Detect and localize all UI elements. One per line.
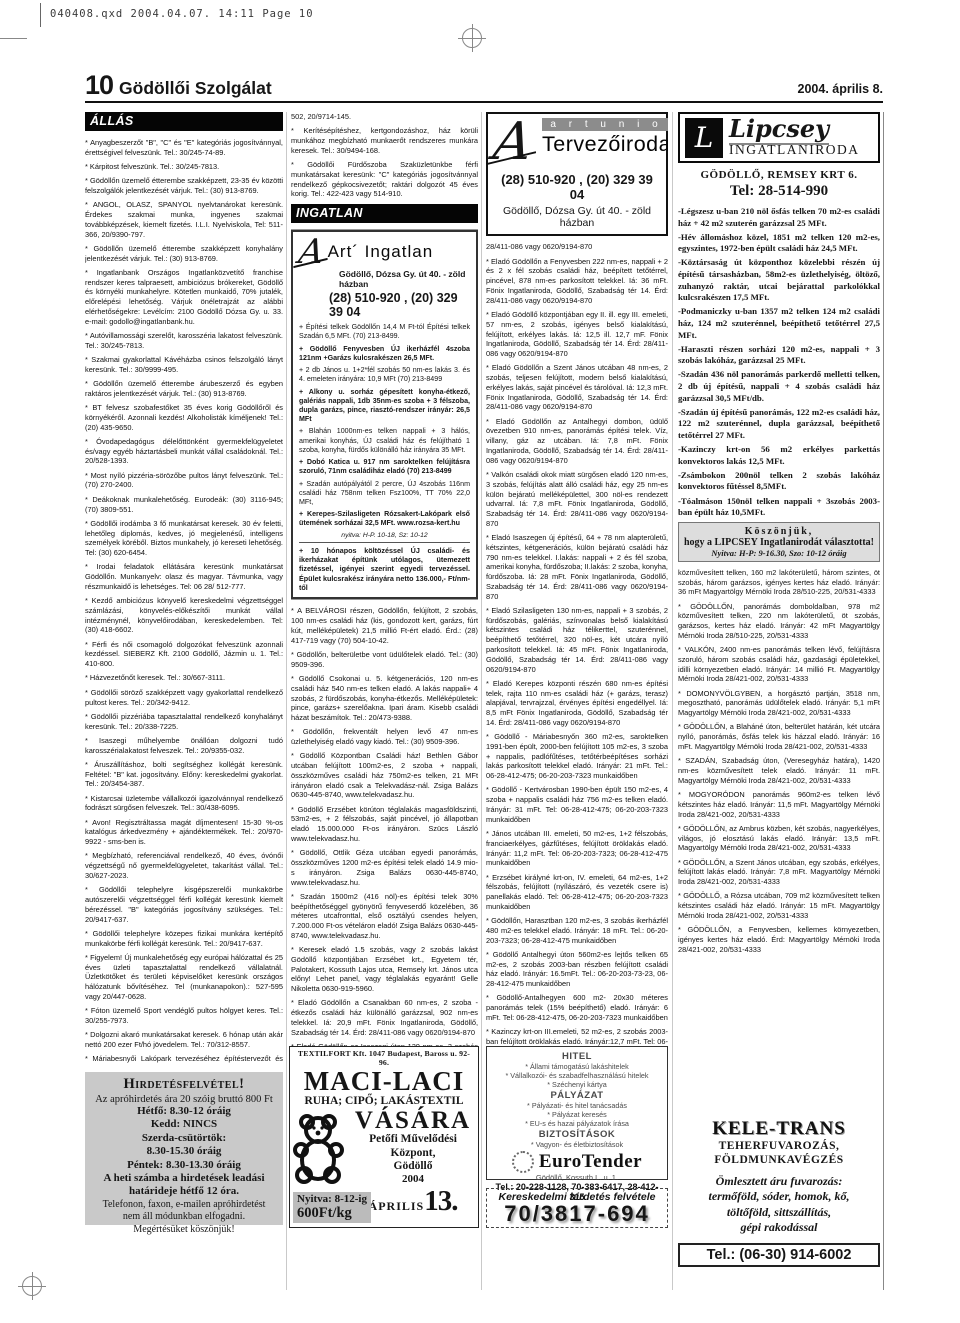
art-ingatlan-listings: + Építési telkek Gödöllőn 14,4 M Ft-tól … <box>299 323 470 528</box>
art-ingatlan-footer: + 10 hónapos költözéssel ÚJ családi- és … <box>299 546 470 593</box>
art-ingatlan-logo-icon: A <box>297 237 326 268</box>
art-listing: + Szadán autópályától 2 percre, ÚJ 4szob… <box>299 480 470 508</box>
classified-ad: * Gödöllői Fürdőszoba Szaküzletünkbe fér… <box>291 160 478 199</box>
maci-vasara: VÁSÁRA <box>351 1108 475 1133</box>
eurotender-hitel-heading: HITEL <box>489 1051 665 1062</box>
classified-ad: * GÖDÖLLŐN, a Blaháné úton, belterület h… <box>678 722 880 751</box>
lipcsey-listing: -Podmaniczky u-ban 1357 m2 telken 124 m2… <box>678 306 880 341</box>
palyazat-items: * Pályázati- és hitel tanácsadás* Pályáz… <box>489 1101 665 1128</box>
page-number: 10 <box>85 70 113 101</box>
ad-continuation: 502, 20/9714-145. <box>291 112 478 122</box>
classified-ad: * Férfi és női csomagoló dolgozókat felv… <box>85 640 283 669</box>
hitel-item: * Állami támogatású lakáshitelek <box>489 1062 665 1071</box>
print-slug: 040408.qxd 2004.04.07. 14:11 Page 10 <box>50 8 314 20</box>
column-four: L Lipcsey INGATLANIRODA GÖDÖLLŐ, REMSEY … <box>678 112 880 1112</box>
classified-ad: * ANGOL, OLASZ, SPANYOL nyelvtanárokat k… <box>85 200 283 239</box>
ad-continuation: 28/411-086 vagy 0620/9194-870 <box>486 242 668 252</box>
lipcsey-listing: -Köztársaság út központhoz közelebbi rés… <box>678 257 880 303</box>
ad-submission-title: Hirdetésfelvétel! <box>87 1076 281 1093</box>
classified-ad: * János utcában III. emeleti, 50 m2-es, … <box>486 829 668 868</box>
classified-ad: * Gödöllőn, Harasztban 120 m2-es, 3 szob… <box>486 916 668 945</box>
art-listing: + Alkony u. sorház gépesített konyha-étk… <box>299 388 470 425</box>
classified-ad: * Megbízható, referenciával rendelkező, … <box>85 851 283 880</box>
eurotender-palyazat-heading: PÁLYÁZAT <box>489 1090 665 1101</box>
classified-ad: * GÖDÖLLŐ, a Rózsa utcában, 709 m2 közmű… <box>678 891 880 920</box>
classified-ad: * Avon! Regisztráltassa magát díjmentese… <box>85 818 283 847</box>
kele-trans-line3: töltőföld, sittszállítás, <box>678 1205 880 1221</box>
artunio-brand: a r t u n i o <box>542 118 668 131</box>
ad-hours-list: Hétfő: 8.30-12 óráigKedd: NINCSSzerda-cs… <box>87 1105 281 1199</box>
classified-ad: * Szadán 1500m2 (416 nöl)-es építési tel… <box>291 892 478 941</box>
kele-trans-sub2: FÖLDMUNKAVÉGZÉS <box>678 1154 880 1168</box>
column-three: A a r t u n i o Tervezőiroda (28) 510-92… <box>486 112 668 1046</box>
ad-hours-line: 8.30-15.30 óráig <box>87 1145 281 1158</box>
classified-ad: * Gödöllő Antalhegyi úton 560m2-es lejtő… <box>486 950 668 989</box>
section-header-allas: ÁLLÁS <box>85 112 283 131</box>
kele-trans-line4: gépi rakodással <box>678 1220 880 1236</box>
column-jobs: ÁLLÁS * Anyagbeszerzőt "B", "C" és "E" k… <box>85 112 283 1064</box>
classified-ad: * Kezdő ambiciózus könyvelő kereskedelmi… <box>85 596 283 635</box>
classified-ad: * A BELVÁROSI részen, Gödöllőn, felújíto… <box>291 606 478 645</box>
classified-ad: * Gödöllői telephelyre közepes fizikai m… <box>85 929 283 949</box>
kele-trans-title: KELE-TRANS <box>678 1118 880 1140</box>
tervezoiroda-ad: A a r t u n i o Tervezőiroda (28) 510-92… <box>486 112 668 236</box>
classified-ad: * Figyelem! Új munkalehetőség egy európa… <box>85 953 283 1002</box>
classified-ad: * GÖDÖLLŐN, az Ambrus közben, két szobás… <box>678 824 880 853</box>
classified-ad: * Gödöllő Központban Családi ház! Bethle… <box>291 751 478 800</box>
palyazat-item: * Pályázat keresés <box>489 1110 665 1119</box>
classified-ad: * Eladó Gödöllőn a Csanakban 60 nm-es, 2… <box>291 998 478 1037</box>
ad-submission-info-box: Hirdetésfelvétel! Az apróhirdetés ára 20… <box>85 1072 283 1225</box>
classified-ad: * GÖDÖLLŐN, a Fenyvesben, kellemes körny… <box>678 925 880 954</box>
classified-ad: * Gödöllői pizzériába tapasztalattal ren… <box>85 712 283 732</box>
eurotender-address: Gödöllő, Kossuth L. u. 1. <box>489 1173 665 1182</box>
classified-ad: * Kerítésépítéshez, kertgondozáshoz, ház… <box>291 126 478 155</box>
eurotender-biztositasok-heading: BIZTOSÍTÁSOK <box>489 1129 665 1140</box>
crop-mark-horizontal <box>0 38 27 39</box>
classified-ad: * Házvezetőnőt keresek. Tel.: 30/667-311… <box>85 673 283 683</box>
page-date: 2004. április 8. <box>798 82 883 96</box>
classified-ad: * Gödöllő-Antalhegyen 600 m2- 20x30 méte… <box>486 993 668 1022</box>
classified-ad: * Áruszállításhoz, bolti segítséghez kol… <box>85 760 283 789</box>
art-ingatlan-address: Gödöllő, Dózsa Gy. út 40. - zöld házban <box>339 269 470 289</box>
maci-laci-ad: TEXTILFORT Kft. 1047 Budapest, Baross u.… <box>289 1046 479 1228</box>
classified-ad: * Eladó Kerepes központi részén 680 nm-e… <box>486 679 668 728</box>
classified-ad: * Gödöllő Csokonai u. 5. kétgenerációs, … <box>291 674 478 723</box>
classified-ad: * Irodai feladatok ellátására keresünk m… <box>85 562 283 591</box>
page-edge-rule <box>883 112 884 1290</box>
art-ingatlan-name: Art´ Ingatlan <box>328 242 434 262</box>
classified-ad: * Gödöllőn üzemelő étterembe szakképzett… <box>85 244 283 264</box>
crop-mark-vertical <box>40 3 41 27</box>
ad-note-line: nem áll módunkban elfogadni. <box>87 1211 281 1224</box>
realestate-ad-list-4: * GÖDÖLLŐN, panorámás domboldalban, 978 … <box>678 602 880 955</box>
classified-ad: * Deákoknak munkalehetőség. Eurodeák: (3… <box>85 495 283 515</box>
classified-ad: * BT felvesz szobafestőket 35 éves korig… <box>85 403 283 432</box>
hitel-items: * Állami támogatású lakáshitelek* Vállal… <box>489 1062 665 1089</box>
eurotender-ad: HITEL * Állami támogatású lakáshitelek* … <box>486 1046 668 1180</box>
classified-ad: * Most nyíló pizzéria-sörözőbe pultos lá… <box>85 471 283 491</box>
art-listing: + Dobó Katica u. 917 nm saroktelken felú… <box>299 458 470 476</box>
art-listing: + 2 db János u. 1+2*fél szobás 50 nm-es … <box>299 366 470 384</box>
art-listing: + Blahán 1000nm-es telken nappali + 3 há… <box>299 427 470 455</box>
classified-ad: * Erzsébet királyné krt-on, IV. emeleti,… <box>486 873 668 912</box>
commercial-ad-phone-box: Kereskedelmi hirdetés felvétele 70/3817-… <box>486 1188 668 1228</box>
kele-trans-sub1: TEHERFUVAROZÁS, <box>678 1140 880 1154</box>
biztositas-items: * Vagyon- és életbiztosítások <box>489 1140 665 1149</box>
jobs-ad-list: * Anyagbeszerzőt "B", "C" és "E" kategór… <box>85 138 283 1064</box>
eu-stars-icon <box>512 1151 534 1173</box>
lipcsey-address: GÖDÖLLŐ, REMSEY KRT 6. <box>678 169 880 181</box>
lipcsey-office-name: INGATLANIRODA <box>729 142 860 158</box>
kele-trans-ad: KELE-TRANS TEHERFUVAROZÁS, FÖLDMUNKAVÉGZ… <box>678 1118 880 1267</box>
column-rule <box>481 112 482 1290</box>
maci-open-price-box: Nyitva: 8-12-ig 600Ft/kg <box>293 1192 371 1223</box>
classified-ad: * Gödöllői telephelyre kisgépszerelői mu… <box>85 885 283 924</box>
maci-place-1: Petőfi Művelődési <box>351 1133 475 1146</box>
artunio-logo-icon: A <box>491 118 542 167</box>
kele-trans-line2: termőföld, sóder, homok, kő, <box>678 1189 880 1205</box>
classified-ad: * Gödöllő Erzsébet körúton téglalakás ma… <box>291 805 478 844</box>
classified-ad: * Gödöllőn, belterületbe vont üdülőtelek… <box>291 650 478 670</box>
realestate-ad-list-3: * Eladó Gödöllőn a Fenyvesben 222 nm-es,… <box>486 257 668 1046</box>
maci-year: 2004 <box>351 1173 475 1185</box>
ad-hours-line: Hétfő: 8.30-12 óráig <box>87 1105 281 1118</box>
classified-ad: * MOGYORÓDON panorámás 960m2-es telken l… <box>678 790 880 819</box>
classified-ad: * Máriabesnyői Lakópark tervezéséhez épí… <box>85 1054 283 1064</box>
lipcsey-listings: -Légszesz u-ban 210 nöl ősfás telken 70 … <box>678 206 880 519</box>
classified-ad: * Gödöllői irodámba 3 fő munkatársat ker… <box>85 519 283 558</box>
palyazat-item: * Pályázati- és hitel tanácsadás <box>489 1101 665 1110</box>
classified-ad: * Gödöllő - Máriabesnyőn 360 m2-es, saro… <box>486 732 668 781</box>
classified-ad: * Autóvillamossági szerelőt, karosszéria… <box>85 331 283 351</box>
classified-ad: * Valkón családi okok miatt sürgősen ela… <box>486 470 668 529</box>
ad-note-list: Telefonon, faxon, e-mailen apróhirdetést… <box>87 1199 281 1237</box>
maci-price: 600Ft/kg <box>297 1205 367 1222</box>
lipcsey-script-name: Lipcsey <box>729 114 829 145</box>
jobs-ad-list-2: * Kerítésépítéshez, kertgondozáshoz, ház… <box>291 126 478 199</box>
column-rule <box>672 112 673 1290</box>
classified-ad: * Eladó Isaszegen új építésű, 64 + 78 nm… <box>486 533 668 601</box>
classified-ad: * Fóton üzemelő Sport vendéglő pultos hö… <box>85 1006 283 1026</box>
classified-ad: * Eladó Gödöllőn az Antalhegyi dombon, ü… <box>486 417 668 466</box>
classified-ad: * Kárpitost felveszünk. Tel.: 30/245-781… <box>85 162 283 172</box>
header-rule <box>85 101 883 103</box>
maci-company-line: TEXTILFORT Kft. 1047 Budapest, Baross u.… <box>293 1049 475 1067</box>
classified-ad: * Szakmai gyakorlattal Kávéházba csinos … <box>85 355 283 375</box>
art-ingatlan-ad: A Art´ Ingatlan Gödöllő, Dózsa Gy. út 40… <box>291 230 478 600</box>
lipcsey-listing: -Légszesz u-ban 210 nöl ősfás telken 70 … <box>678 206 880 229</box>
art-listing: + Építési telkek Gödöllőn 14,4 M Ft-tól … <box>299 323 470 341</box>
column-two: 502, 20/9714-145. * Kerítésépítéshez, ke… <box>291 112 478 1046</box>
classified-ad: * SZADÁN, Szabadság úton, (Veresegyház h… <box>678 756 880 785</box>
ad-continuation: közművesített telken, 160 m2 lakóterület… <box>678 568 880 597</box>
lipcsey-listing: -Hév állomáshoz közel, 1851 m2 telken 12… <box>678 232 880 255</box>
classified-ad: * VALKÓN, 2400 nm-es panorámás telken lé… <box>678 645 880 684</box>
maci-place-2: Központ, <box>351 1147 475 1160</box>
classified-ad: * Eladó Gödöllőn a Fenyvesben 222 nm-es,… <box>486 257 668 306</box>
classified-ad: * Óvodapedagógus délelőttönként gyermekf… <box>85 437 283 466</box>
page-header: 10 Gödöllői Szolgálat <box>85 70 272 101</box>
hitel-item: * Széchenyi kártya <box>489 1080 665 1089</box>
classified-ad: * Ingatlanbank Országos Ingatlanközvetít… <box>85 268 283 327</box>
classified-ad: * Eladó Gödöllőn a Szent János utcában 4… <box>486 363 668 412</box>
ad-hours-line: A heti számba a hirdetések leadási <box>87 1172 281 1185</box>
ad-hours-line: határideje hétfő 12 óra. <box>87 1185 281 1198</box>
commercial-ad-phone: 70/3817-694 <box>487 1203 667 1225</box>
lipcsey-thanks-box: Köszönjük, hogy a LIPCSEY Ingatlanirodát… <box>678 522 880 562</box>
tervezoiroda-phone: (28) 510-920 , (20) 329 39 04 <box>494 172 660 202</box>
classified-ad: * Gödöllői söröző szakképzett vagy gyako… <box>85 688 283 708</box>
lipcsey-logo-icon: L <box>685 118 723 158</box>
lipcsey-listing: -Szadán új építésű panorámás, 122 m2-es … <box>678 407 880 442</box>
maci-month: ÁPRILIS <box>369 1199 425 1213</box>
palyazat-item: * EU-s és hazai pályázatok írása <box>489 1119 665 1128</box>
masthead: Gödöllői Szolgálat <box>119 78 272 99</box>
classified-ad: * GÖDÖLLŐN, panorámás domboldalban, 978 … <box>678 602 880 641</box>
classified-ad: * Anyagbeszerzőt "B", "C" és "E" kategór… <box>85 138 283 158</box>
registration-mark-icon <box>462 28 482 48</box>
thanks-line-3: Nyitva: H-P: 9-16.30, Szo: 10-12 óráig <box>681 548 877 558</box>
classified-ad: * Gödöllőn üzemelő étterembe árubeszerző… <box>85 379 283 399</box>
lipcsey-listing: -Tóalmáson 150nöl telken nappali + 3szob… <box>678 496 880 519</box>
classified-ad: * Gödöllő, Ottlik Géza utcában egyedi pa… <box>291 848 478 887</box>
maci-subtitle: RUHA; CIPŐ; LAKÁSTEXTIL <box>293 1095 475 1107</box>
classified-ad: * Keresek eladó 1.5 szobás, vagy 2 szobá… <box>291 945 478 994</box>
divider <box>299 542 470 543</box>
kele-trans-line1: Ömlesztett áru fuvarozás: <box>678 1174 880 1190</box>
classified-ad: * GÖDÖLLŐN, a Szent János utcában, egy s… <box>678 858 880 887</box>
tervezoiroda-name: Tervezőiroda <box>542 132 668 157</box>
ad-price-line: Az apróhirdetés ára 20 szóig bruttó 800 … <box>87 1094 281 1105</box>
thanks-line-1: Köszönjük, <box>681 526 877 537</box>
maci-place-3: Gödöllő <box>351 1160 475 1173</box>
classified-ad: * DOMONYVÖLGYBEN, a horgásztó partján, 3… <box>678 689 880 718</box>
eurotender-brand: EuroTender <box>539 1151 642 1173</box>
classified-ad: * Gödöllőn, frekventált helyen levő 47 n… <box>291 727 478 747</box>
classified-ad: * Isaszegi műhelyembe önállóan dolgozni … <box>85 736 283 756</box>
classified-ad: * Eladó Gödöllő központjában egy II. ill… <box>486 310 668 359</box>
ad-hours-line: Péntek: 8.30-13.30 óráig <box>87 1159 281 1172</box>
section-header-ingatlan: INGATLAN <box>291 204 478 223</box>
lipcsey-listing: -Kazinczy krt-on 56 m2 erkélyes parkettá… <box>678 444 880 467</box>
registration-mark-icon <box>22 1276 42 1296</box>
ad-hours-line: Szerda-csütörtök: <box>87 1132 281 1145</box>
art-ingatlan-hours: nyitva: H-P. 10-18, Sz: 10-12 <box>299 532 470 539</box>
classified-ad: * Dolgozni akaró munkatársakat keresek. … <box>85 1030 283 1050</box>
ad-note-line: Telefonon, faxon, e-mailen apróhirdetést <box>87 1199 281 1212</box>
art-listing: + Kerepes-Szilasligeten Rózsakert-Lakópa… <box>299 510 470 528</box>
classified-ad: * Kazinczy krt-on III.emeleti, 52 m2-es,… <box>486 1027 668 1046</box>
ad-note-line: Megértésüket köszönjük! <box>87 1224 281 1237</box>
hitel-item: * Vállalkozói- és szabadfelhasználású hi… <box>489 1071 665 1080</box>
maci-day: 13. <box>424 1185 457 1217</box>
realestate-ad-list-2: * A BELVÁROSI részen, Gödöllőn, felújíto… <box>291 606 478 1046</box>
thanks-line-2: hogy a LIPCSEY Ingatlanirodát választott… <box>681 537 877 548</box>
maci-open-hours: Nyitva: 8-12-ig <box>297 1193 367 1205</box>
ad-hours-line: Kedd: NINCS <box>87 1118 281 1131</box>
column-rule <box>286 112 287 1290</box>
art-ingatlan-phone: (28) 510-920 , (20) 329 39 04 <box>329 291 470 319</box>
lipcsey-phone: Tel: 28-514-990 <box>678 183 880 200</box>
classified-ad: * Kistarcsai üzletembe vállalkozói igazo… <box>85 794 283 814</box>
lipcsey-listing: -Haraszti részen sorházi 120 m2-es, napp… <box>678 344 880 367</box>
classified-ad: * Eladó Szilasligeten 130 nm-es, nappali… <box>486 606 668 674</box>
kele-trans-phone: Tel.: (06-30) 914-6002 <box>678 1243 880 1267</box>
lipcsey-listing: -Szadán 436 nöl panorámás parkerdő melle… <box>678 369 880 404</box>
tervezoiroda-address: Gödöllő, Dózsa Gy. út 40. - zöld házban <box>494 205 660 229</box>
maci-title: MACI-LACI <box>293 1067 475 1095</box>
classified-ad: * Gödöllő - Kertvárosban 1990-ben épült … <box>486 785 668 824</box>
lipcsey-listing: -Zsámbokon 200nöl telken 2 szobás lakóhá… <box>678 470 880 493</box>
classified-ad: * Gödöllőn üzemelő étterembe szakképzett… <box>85 176 283 196</box>
art-listing: + Gödöllő Fenyvesben ÚJ ikerházfél 4szob… <box>299 345 470 363</box>
biztositas-item: * Vagyon- és életbiztosítások <box>489 1140 665 1149</box>
lipcsey-ad-header: L Lipcsey INGATLANIRODA <box>678 112 880 163</box>
